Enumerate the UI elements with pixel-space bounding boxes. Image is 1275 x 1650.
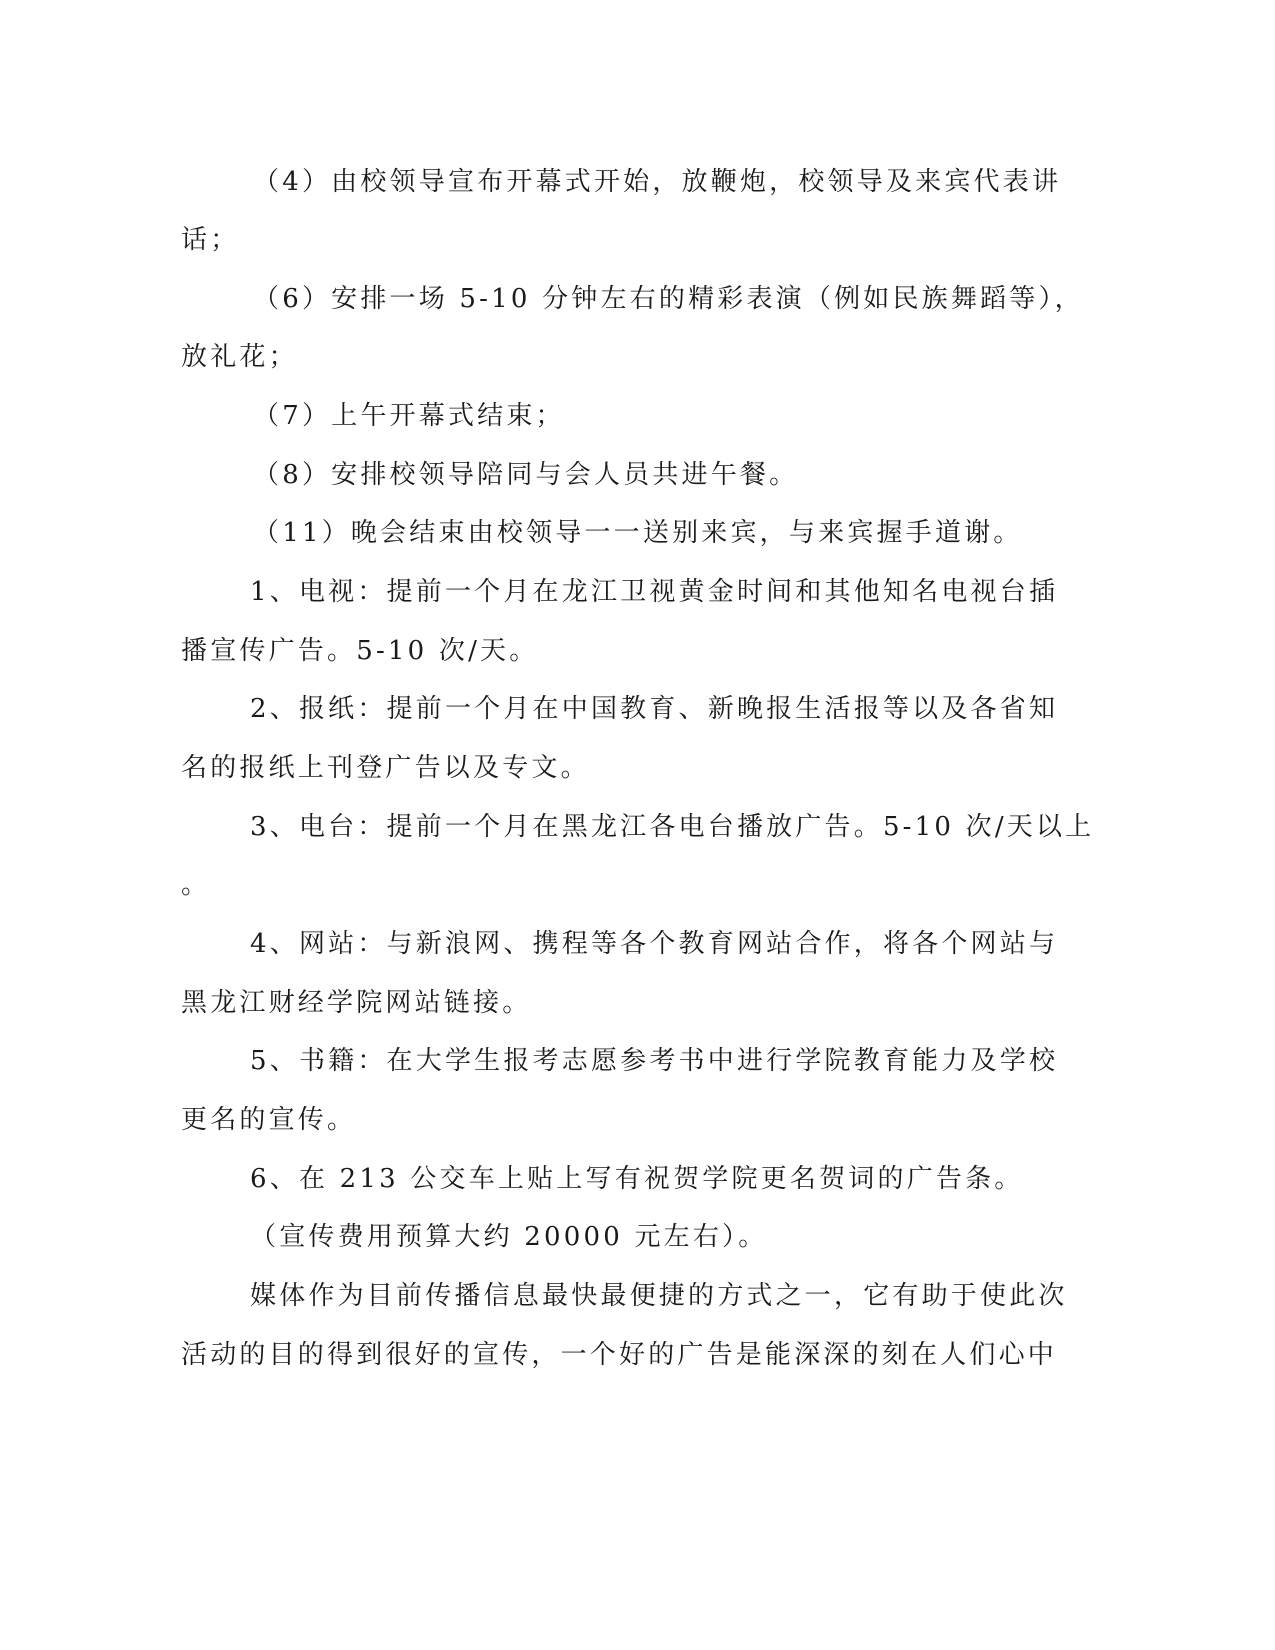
paragraph-line: 5、书籍：在大学生报考志愿参考书中进行学院教育能力及学校 bbox=[250, 1044, 1058, 1078]
paragraph-line: 话； bbox=[181, 223, 239, 257]
paragraph-line: 放礼花； bbox=[181, 340, 298, 374]
paragraph-line: 更名的宣传。 bbox=[181, 1103, 356, 1137]
paragraph-line: 6、在 213 公交车上贴上写有祝贺学院更名贺词的广告条。 bbox=[250, 1162, 1024, 1196]
paragraph-line: 3、电台：提前一个月在黑龙江各电台播放广告。5-10 次/天以上 bbox=[250, 810, 1094, 844]
paragraph-line: 1、电视：提前一个月在龙江卫视黄金时间和其他知名电视台插 bbox=[250, 575, 1058, 609]
paragraph-line: 黑龙江财经学院网站链接。 bbox=[181, 986, 531, 1020]
paragraph-line: 2、报纸：提前一个月在中国教育、新晚报生活报等以及各省知 bbox=[250, 692, 1058, 726]
paragraph-line: （11）晚会结束由校领导一一送别来宾，与来宾握手道谢。 bbox=[253, 516, 1023, 550]
paragraph-line: （4）由校领导宣布开幕式开始，放鞭炮，校领导及来宾代表讲 bbox=[253, 165, 1061, 199]
paragraph-line: 播宣传广告。5-10 次/天。 bbox=[181, 634, 538, 668]
paragraph-line: 名的报纸上刊登广告以及专文。 bbox=[181, 751, 590, 785]
paragraph-line: 4、网站：与新浪网、携程等各个教育网站合作，将各个网站与 bbox=[250, 927, 1058, 961]
paragraph-line: 活动的目的得到很好的宣传，一个好的广告是能深深的刻在人们心中 bbox=[181, 1338, 1057, 1372]
paragraph-line: 媒体作为目前传播信息最快最便捷的方式之一，它有助于使此次 bbox=[250, 1279, 1068, 1313]
document-page: （4）由校领导宣布开幕式开始，放鞭炮，校领导及来宾代表讲 话； （6）安排一场 … bbox=[0, 0, 1275, 1650]
paragraph-line: （宣传费用预算大约 20000 元左右）。 bbox=[250, 1220, 767, 1254]
paragraph-line: （6）安排一场 5-10 分钟左右的精彩表演（例如民族舞蹈等）， bbox=[253, 282, 1084, 316]
paragraph-line: （7）上午开幕式结束； bbox=[253, 399, 565, 433]
paragraph-line: 。 bbox=[181, 868, 210, 902]
paragraph-line: （8）安排校领导陪同与会人员共进午餐。 bbox=[253, 458, 798, 492]
